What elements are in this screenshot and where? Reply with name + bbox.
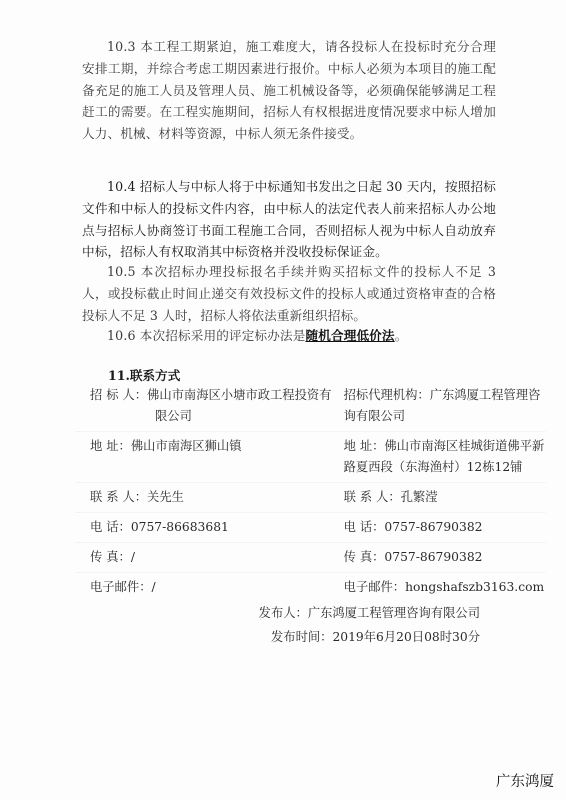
agency-phone-cell: 电 话：0757-86790382 (336, 513, 546, 542)
agency-contact-value: 孔繁滢 (401, 490, 438, 504)
agency-contact-cell: 联 系 人：孔繁滢 (336, 483, 546, 512)
agency-email-value: hongshafszb3163.com (405, 580, 544, 594)
agency-label: 招标代理机构： (344, 388, 430, 402)
agency-address-cont: 路夏西段（东海渔村）12栋12铺 (344, 457, 546, 478)
document-page: 10.3 本工程工期紧迫，施工难度大，请各投标人在投标时充分合理安排工期，并综合… (0, 0, 566, 800)
publish-time: 发布时间：2019年6月20日08时30分 (271, 627, 480, 645)
tenderer-cell: 招 标 人：佛山市南海区小塘市政工程投资有 限公司 (76, 381, 336, 431)
tenderer-email-cell: 电子邮件：/ (76, 573, 336, 602)
contact-row-phone: 电 话：0757-86683681 电 话：0757-86790382 (76, 512, 546, 542)
tenderer-phone-value: 0757-86683681 (131, 520, 229, 534)
agency-fax-label: 传 真： (344, 550, 385, 564)
agency-address-cell: 地 址：佛山市南海区桂城街道佛平新 路夏西段（东海渔村）12栋12铺 (336, 432, 546, 482)
tenderer-email-label: 电子邮件： (90, 580, 152, 594)
agency-fax-cell: 传 真：0757-86790382 (336, 543, 546, 572)
agency-fax-value: 0757-86790382 (384, 550, 482, 564)
agency-address-label: 地 址： (344, 439, 385, 453)
clause-10-5: 10.5 本次招标办理投标报名手续并购买招标文件的投标人不足 3 人，或投标截止… (82, 261, 496, 326)
tenderer-value-cont: 限公司 (90, 406, 336, 427)
clause-10-4: 10.4 招标人与中标人将于中标通知书发出之日起 30 天内，按照招标文件和中标… (82, 176, 496, 263)
tenderer-fax-value: / (131, 550, 135, 564)
tenderer-address-label: 地 址： (90, 439, 131, 453)
contact-table: 招 标 人：佛山市南海区小塘市政工程投资有 限公司 招标代理机构：广东鸿厦工程管… (76, 381, 546, 602)
agency-value-cont: 询有限公司 (344, 406, 546, 427)
agency-phone-label: 电 话： (344, 520, 385, 534)
tenderer-fax-label: 传 真： (90, 550, 131, 564)
tenderer-address-cell: 地 址：佛山市南海区狮山镇 (76, 432, 336, 482)
tenderer-phone-cell: 电 话：0757-86683681 (76, 513, 336, 542)
contact-row-address: 地 址：佛山市南海区狮山镇 地 址：佛山市南海区桂城街道佛平新 路夏西段（东海渔… (76, 431, 546, 482)
publisher-name: 发布人：广东鸿厦工程管理咨询有限公司 (259, 603, 480, 621)
tenderer-phone-label: 电 话： (90, 520, 131, 534)
evaluation-method: 随机合理低价法 (305, 328, 394, 343)
contact-row-person: 联 系 人：关先生 联 系 人：孔繁滢 (76, 482, 546, 512)
clause-10-3: 10.3 本工程工期紧迫，施工难度大，请各投标人在投标时充分合理安排工期，并综合… (82, 36, 496, 145)
contact-row-email: 电子邮件：/ 电子邮件：hongshafszb3163.com (76, 572, 546, 602)
agency-contact-label: 联 系 人： (344, 490, 401, 504)
clause-10-6-suffix: 。 (395, 328, 408, 343)
tenderer-email-value: / (152, 580, 156, 594)
tenderer-label: 招 标 人： (90, 388, 147, 402)
agency-cell: 招标代理机构：广东鸿厦工程管理咨 询有限公司 (336, 381, 546, 431)
agency-value: 广东鸿厦工程管理咨 (430, 388, 541, 402)
contact-row-fax: 传 真：/ 传 真：0757-86790382 (76, 542, 546, 572)
clause-10-6-prefix: 10.6 本次招标采用的评定标办法是 (107, 328, 305, 343)
agency-email-label: 电子邮件： (344, 580, 406, 594)
agency-email-cell: 电子邮件：hongshafszb3163.com (336, 573, 546, 602)
tenderer-fax-cell: 传 真：/ (76, 543, 336, 572)
tenderer-address-value: 佛山市南海区狮山镇 (131, 439, 242, 453)
footer-brand: 广东鸿厦 (496, 770, 554, 791)
tenderer-value: 佛山市南海区小塘市政工程投资有 (147, 388, 331, 402)
tenderer-contact-label: 联 系 人： (90, 490, 147, 504)
agency-address-value: 佛山市南海区桂城街道佛平新 (384, 439, 544, 453)
clause-10-6: 10.6 本次招标采用的评定标办法是随机合理低价法。 (82, 325, 496, 347)
contact-row-org: 招 标 人：佛山市南海区小塘市政工程投资有 限公司 招标代理机构：广东鸿厦工程管… (76, 381, 546, 431)
tenderer-contact-cell: 联 系 人：关先生 (76, 483, 336, 512)
tenderer-contact-value: 关先生 (147, 490, 184, 504)
agency-phone-value: 0757-86790382 (384, 520, 482, 534)
